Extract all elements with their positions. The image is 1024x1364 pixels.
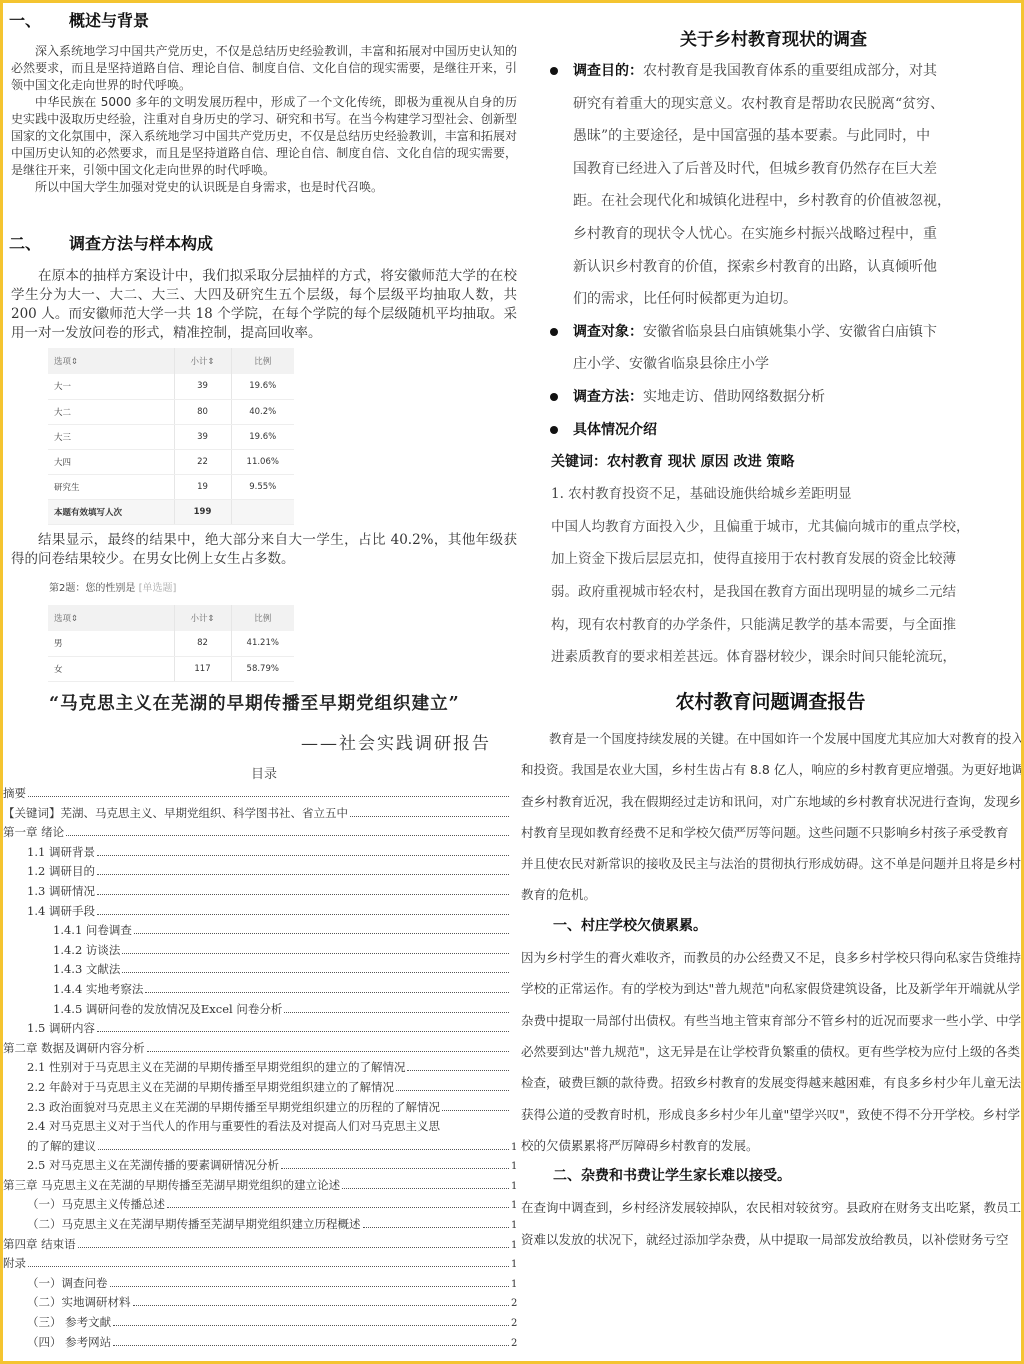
toc-label: 第二章 数据及调研内容分析 (3, 1040, 145, 1056)
toc-entry[interactable]: 2.2 年龄对于马克思主义在芜湖的早期传播至早期党组织建立的了解情况 (3, 1079, 517, 1099)
report-title: “马克思主义在芜湖的早期传播至早期党组织建立” (49, 690, 460, 715)
toc-entry[interactable]: 1.4.2 访谈法 (3, 942, 517, 962)
dot-leader (28, 796, 509, 797)
toc-label: 2.4 对马克思主义对于当代人的作用与重要性的看法及对提高人们对马克思主义思 (27, 1118, 440, 1134)
body-line: 在查询中调查到，乡村经济发展较掉队，农民相对较贫穷。县政府在财务支出吃紧，教员工 (521, 1192, 1024, 1223)
panel-party-history-survey: 一、 概述与背景 深入系统地学习中国共产党历史，不仅是总结历史经验教训，丰富和拓… (3, 3, 521, 687)
question-text: 第2题：您的性别是 (49, 583, 135, 594)
cell-option: 大一 (48, 374, 174, 399)
body-line: 进素质教育的要求相差甚远。体育器材较少，课余时间只能轮流玩， (523, 641, 1024, 674)
toc-label: 1.4.2 访谈法 (53, 942, 120, 958)
bullet-label: 调查目的： (573, 63, 643, 79)
report-subtitle: ——社会实践调研报告 (301, 729, 491, 754)
dot-leader (98, 1149, 509, 1150)
toc-entry[interactable]: 1.1 调研背景 (3, 844, 517, 864)
bullet-subjects: 调查对象：安徽省临泉县白庙镇姚集小学、安徽省白庙镇卞 庄小学、安徽省临泉县徐庄小… (523, 316, 1024, 381)
paragraph: 深入系统地学习中国共产党历史，不仅是总结历史经验教训，丰富和拓展对中国历史认知的… (11, 43, 517, 94)
toc-label: （一）调查问卷 (27, 1275, 108, 1291)
bullet-dot-icon (550, 328, 558, 336)
toc-entry[interactable]: （一）马克思主义传播总述1 (3, 1196, 517, 1216)
dot-leader (407, 1070, 509, 1071)
bullet-label: 调查对象： (573, 324, 643, 340)
dot-leader (134, 933, 509, 934)
cell-ratio: 41.21% (231, 631, 294, 656)
toc-entry[interactable]: 1.4.3 文献法 (3, 961, 517, 981)
toc-label: 附录 (3, 1255, 26, 1271)
cell-ratio: 11.06% (231, 449, 294, 474)
body-line: 构，现有农村教育的办学条件，只能满足教学的基本需要，与全面推 (523, 609, 1024, 642)
toc-label: 1.4.3 文献法 (53, 961, 120, 977)
dot-leader (97, 894, 509, 895)
toc-entry[interactable]: 1.2 调研目的 (3, 863, 517, 883)
table-row: 研究生199.55% (48, 474, 294, 499)
survey-bullets: 调查目的：农村教育是我国教育体系的重要组成部分，对其 研究有着重大的现实意义。农… (523, 55, 1024, 674)
section-number: 一、 (9, 8, 41, 31)
report-body: 教育是一个国度持续发展的关键。在中国如许一个发展中国度尤其应加大对教育的投入 和… (521, 723, 1024, 1255)
toc-label: 2.3 政治面貌对马克思主义在芜湖的早期传播至早期党组织建立的历程的了解情况 (27, 1099, 440, 1115)
total-value: 199 (174, 499, 231, 524)
dot-leader (113, 1345, 509, 1346)
bullet-purpose: 调查目的：农村教育是我国教育体系的重要组成部分，对其 研究有着重大的现实意义。农… (523, 55, 1024, 316)
toc-label: 第一章 绪论 (3, 824, 64, 840)
toc-entry[interactable]: 摘要 (3, 785, 517, 805)
bullet-dot-icon (550, 67, 558, 75)
toc-entry[interactable]: 2.3 政治面貌对马克思主义在芜湖的早期传播至早期党组织建立的历程的了解情况 (3, 1099, 517, 1119)
cell-ratio: 19.6% (231, 424, 294, 449)
toc-label: （四） 参考网站 (27, 1334, 111, 1350)
cell-option: 大四 (48, 449, 174, 474)
body-line: 并且使农民对新常识的接收及民主与法治的贯彻执行形成妨碍。这不单是问题并且将是乡村 (521, 848, 1024, 879)
table-row: 大一3919.6% (48, 374, 294, 399)
column-header-option[interactable]: 选项⇕ (48, 605, 174, 631)
toc-label: 【关键词】芜湖、马克思主义、早期党组织、科学图书社、省立五中 (3, 805, 348, 821)
keywords: 关键词：农村教育 现状 原因 改进 策略 (523, 446, 1024, 478)
cell-count: 39 (174, 424, 231, 449)
toc-entry[interactable]: （二）实地调研材料2 (3, 1294, 517, 1314)
column-header-count[interactable]: 小计⇕ (174, 605, 231, 631)
point-1-heading: 1. 农村教育投资不足，基础设施供给城乡差距明显 (523, 478, 1024, 511)
section-heading: 二、杂费和书费让学生家长难以接受。 (521, 1161, 1024, 1192)
bullet-line: 安徽省临泉县白庙镇姚集小学、安徽省白庙镇卞 (643, 324, 937, 340)
dot-leader (145, 992, 509, 993)
column-header-ratio: 比例 (231, 348, 294, 374)
bullet-line: 国教育已经进入了后普及时代，但城乡教育仍然存在巨大差 (573, 161, 937, 177)
toc-entry[interactable]: 第二章 数据及调研内容分析 (3, 1040, 517, 1060)
dot-leader (97, 914, 509, 915)
body-line: 教育是一个国度持续发展的关键。在中国如许一个发展中国度尤其应加大对教育的投入 (521, 723, 1024, 754)
section-heading: 一、村庄学校欠债累累。 (521, 911, 1024, 942)
grade-table: 选项⇕ 小计⇕ 比例 大一3919.6% 大二8040.2% 大三3919.6%… (48, 348, 294, 525)
body-line: 中国人均教育方面投入少，且偏重于城市，尤其偏向城市的重点学校， (523, 511, 1024, 544)
body-line: 资难以发放的状况下，就经过添加学杂费，从中提取一局部发放给教员，以补偿财务亏空 (521, 1224, 1024, 1255)
dot-leader (284, 1012, 509, 1013)
bullet-label: 调查方法： (573, 389, 643, 405)
cell-ratio: 40.2% (231, 399, 294, 424)
dot-leader (396, 1090, 509, 1091)
dot-leader (133, 1305, 510, 1306)
body-line: 杂费中提取一局部付出债权。有些当地主管束育部分不管乡村的近况而要求一些小学、中学 (521, 1005, 1024, 1036)
cell-count: 82 (174, 631, 231, 656)
column-header-count[interactable]: 小计⇕ (174, 348, 231, 374)
bullet-dot-icon (550, 393, 558, 401)
cell-option: 大二 (48, 399, 174, 424)
body-line: 加上资金下拨后层层克扣，使得直接用于农村教育发展的资金比较薄 (523, 543, 1024, 576)
toc-label: 1.4.4 实地考察法 (53, 981, 143, 997)
body-line: 校的欠债累累将严厉障碍乡村教育的发展。 (521, 1130, 1024, 1161)
section-heading-1: 一、 概述与背景 (9, 8, 149, 31)
cell-count: 117 (174, 656, 231, 681)
toc-label: 第三章 马克思主义在芜湖的早期传播至芜湖早期党组织的建立论述 (3, 1177, 340, 1193)
toc-label: （二）马克思主义在芜湖早期传播至芜湖早期党组织建立历程概述 (27, 1216, 361, 1232)
column-header-ratio: 比例 (231, 605, 294, 631)
dot-leader (442, 1110, 509, 1111)
table-row: 男8241.21% (48, 631, 294, 656)
toc-entry[interactable]: 附录1 (3, 1255, 517, 1275)
bullet-line: 实地走访、借助网络数据分析 (643, 389, 825, 405)
section-heading-2: 二、 调查方法与样本构成 (9, 231, 213, 254)
toc-entry[interactable]: 1.4.5 调研问卷的发放情况及Excel 问卷分析 (3, 1001, 517, 1021)
toc-label: 第四章 结束语 (3, 1236, 76, 1252)
dot-leader (350, 816, 509, 817)
bullet-line: 们的需求，比任何时候都更为迫切。 (573, 291, 797, 307)
bullet-method: 调查方法：实地走访、借助网络数据分析 (523, 381, 1024, 414)
bullet-label: 具体情况介绍 (573, 422, 657, 438)
table-row: 大三3919.6% (48, 424, 294, 449)
section-title: 调查方法与样本构成 (69, 231, 213, 254)
toc-entry[interactable]: （一）调查问卷1 (3, 1275, 517, 1295)
toc-label: 1.4 调研手段 (27, 903, 95, 919)
dot-leader (281, 1168, 509, 1169)
bullet-line: 研究有着重大的现实意义。农村教育是帮助农民脱离“贫穷、 (573, 96, 944, 112)
cell-option: 研究生 (48, 474, 174, 499)
toc-entry[interactable]: 1.3 调研情况 (3, 883, 517, 903)
cell-option: 男 (48, 631, 174, 656)
cell-ratio: 9.55% (231, 474, 294, 499)
dot-leader (342, 1188, 509, 1189)
toc-label: 2.5 对马克思主义在芜湖传播的要素调研情况分析 (27, 1157, 279, 1173)
sampling-paragraph: 在原本的抽样方案设计中，我们拟采取分层抽样的方式，将安徽师范大学的在校学生分为大… (11, 267, 517, 343)
body-line: 弱。政府重视城市轻农村，是我国在教育方面出现明显的城乡二元结 (523, 576, 1024, 609)
dot-leader (97, 874, 509, 875)
body-line: 查乡村教育近况，我在假期经过走访和讯问，对广东地域的乡村教育状况进行查询，发现乡 (521, 786, 1024, 817)
paragraph: 中华民族在 5000 多年的文明发展历程中，形成了一个文化传统，即极为重视从自身… (11, 94, 517, 179)
toc-entry[interactable]: 1.5 调研内容 (3, 1020, 517, 1040)
toc-entry[interactable]: 第一章 绪论 (3, 824, 517, 844)
toc-entry[interactable]: 1.4.1 问卷调查 (3, 922, 517, 942)
dot-leader (147, 1051, 509, 1052)
paragraph: 所以中国大学生加强对党史的认识既是自身需求，也是时代召唤。 (11, 179, 517, 196)
bullet-details: 具体情况介绍 (523, 414, 1024, 447)
bullet-dot-icon (550, 426, 558, 434)
toc-label: 1.3 调研情况 (27, 883, 95, 899)
toc-entry[interactable]: （二）马克思主义在芜湖早期传播至芜湖早期党组织建立历程概述1 (3, 1216, 517, 1236)
dot-leader (97, 855, 509, 856)
empty-cell (231, 499, 294, 524)
toc-label: 1.1 调研背景 (27, 844, 95, 860)
toc-label: 的了解的建议 (27, 1138, 96, 1154)
dot-leader (363, 1227, 510, 1228)
toc-entry[interactable]: 第四章 结束语1 (3, 1236, 517, 1256)
table-row: 大四2211.06% (48, 449, 294, 474)
document-title: 关于乡村教育现状的调查 (523, 25, 1024, 50)
panel-rural-education-survey: 关于乡村教育现状的调查 调查目的：农村教育是我国教育体系的重要组成部分，对其 研… (523, 3, 1024, 687)
toc-entry[interactable]: 2.5 对马克思主义在芜湖传播的要素调研情况分析1 (3, 1157, 517, 1177)
section-number: 二、 (9, 231, 41, 254)
panel-rural-education-report: 农村教育问题调查报告 教育是一个国度持续发展的关键。在中国如许一个发展中国度尤其… (517, 687, 1024, 1364)
table-total-row: 本题有效填写人次199 (48, 499, 294, 524)
toc-label: 1.5 调研内容 (27, 1020, 95, 1036)
toc-label: （三） 参考文献 (27, 1314, 111, 1330)
table-row: 大二8040.2% (48, 399, 294, 424)
body-line: 和投资。我国是农业大国，乡村生齿占有 8.8 亿人，响应的乡村教育更应增强。为更… (521, 754, 1024, 785)
dot-leader (122, 972, 509, 973)
toc-entry[interactable]: 2.4 对马克思主义对于当代人的作用与重要性的看法及对提高人们对马克思主义思 (3, 1118, 517, 1138)
bullet-line: 愚昧”的主要途径，是中国富强的基本要素。与此同时，中 (573, 128, 930, 144)
toc-label: 2.2 年龄对于马克思主义在芜湖的早期传播至早期党组织建立的了解情况 (27, 1079, 394, 1095)
section-title: 概述与背景 (69, 8, 149, 31)
body-line: 必然要到达"普九规范"，这无异是在让学校背负繁重的债权。更有些学校为应付上级的各… (521, 1036, 1024, 1067)
toc-label: （二）实地调研材料 (27, 1294, 131, 1310)
cell-count: 39 (174, 374, 231, 399)
body-line: 获得公道的受教育时机，形成良多乡村少年儿童"望学兴叹"，致使不得不分开学校。乡村… (521, 1099, 1024, 1130)
bullet-line: 距。在社会现代化和城镇化进程中，乡村教育的价值被忽视， (573, 193, 951, 209)
body-line: 教育的危机。 (521, 879, 1024, 910)
toc-entry[interactable]: （四） 参考网站2 (3, 1334, 517, 1354)
body-line: 村教育呈现如教育经费不足和学校欠债严厉等问题。这些问题不只影响乡村孩子承受教育 (521, 817, 1024, 848)
cell-count: 22 (174, 449, 231, 474)
bullet-line: 乡村教育的现状令人忧心。在实施乡村振兴战略过程中，重 (573, 226, 937, 242)
cell-option: 大三 (48, 424, 174, 449)
table-row: 女11758.79% (48, 656, 294, 681)
section1-body: 深入系统地学习中国共产党历史，不仅是总结历史经验教训，丰富和拓展对中国历史认知的… (11, 43, 517, 196)
toc-label: 2.1 性别对于马克思主义在芜湖的早期传播至早期党组织的建立的了解情况 (27, 1059, 405, 1075)
toc-label: 1.4.1 问卷调查 (53, 922, 132, 938)
bullet-line: 新认识乡村教育的价值，探索乡村教育的出路，认真倾听他 (573, 259, 937, 275)
panel-marxism-wuhu-report: “马克思主义在芜湖的早期传播至早期党组织建立” ——社会实践调研报告 目录 摘要… (3, 687, 517, 1364)
toc-entry[interactable]: 2.1 性别对于马克思主义在芜湖的早期传播至早期党组织的建立的了解情况 (3, 1059, 517, 1079)
cell-ratio: 58.79% (231, 656, 294, 681)
dot-leader (66, 835, 509, 836)
cell-option: 女 (48, 656, 174, 681)
dot-leader (110, 1286, 510, 1287)
bullet-line: 庄小学、安徽省临泉县徐庄小学 (573, 356, 769, 372)
toc-entry[interactable]: 第三章 马克思主义在芜湖的早期传播至芜湖早期党组织的建立论述1 (3, 1177, 517, 1197)
question-2-title: 第2题：您的性别是 [单选题] (49, 579, 176, 594)
dot-leader (167, 1207, 509, 1208)
toc-entry[interactable]: 1.4 调研手段 (3, 903, 517, 923)
dot-leader (28, 1266, 509, 1267)
toc-entry[interactable]: （三） 参考文献2 (3, 1314, 517, 1334)
toc-entry[interactable]: 【关键词】芜湖、马克思主义、早期党组织、科学图书社、省立五中 (3, 805, 517, 825)
toc-label: （一）马克思主义传播总述 (27, 1196, 165, 1212)
cell-count: 19 (174, 474, 231, 499)
dot-leader (122, 953, 509, 954)
table-of-contents: 摘要 【关键词】芜湖、马克思主义、早期党组织、科学图书社、省立五中 第一章 绪论… (3, 785, 517, 1353)
report-title: 农村教育问题调查报告 (517, 687, 1024, 714)
toc-heading: 目录 (251, 763, 277, 782)
result-paragraph: 结果显示，最终的结果中，绝大部分来自大一学生，占比 40.2%，其他年级获得的问… (11, 531, 517, 569)
toc-entry[interactable]: 1.4.4 实地考察法 (3, 981, 517, 1001)
toc-label: 1.4.5 调研问卷的发放情况及Excel 问卷分析 (53, 1001, 282, 1017)
cell-count: 80 (174, 399, 231, 424)
bullet-line: 农村教育是我国教育体系的重要组成部分，对其 (643, 63, 937, 79)
column-header-option[interactable]: 选项⇕ (48, 348, 174, 374)
total-label: 本题有效填写人次 (48, 499, 174, 524)
cell-ratio: 19.6% (231, 374, 294, 399)
toc-entry[interactable]: 的了解的建议1 (3, 1138, 517, 1158)
dot-leader (78, 1247, 509, 1248)
body-line: 学校的正常运作。有的学校为到达"普九规范"向私家假贷建筑设备，比及新学年开端就从… (521, 973, 1024, 1004)
gender-table: 选项⇕ 小计⇕ 比例 男8241.21% 女11758.79% (48, 605, 294, 682)
toc-label: 1.2 调研目的 (27, 863, 95, 879)
body-line: 检查，破费巨额的款待费。招致乡村教育的发展变得越来越困难，有良多乡村少年儿童无法 (521, 1067, 1024, 1098)
toc-label: 摘要 (3, 785, 26, 801)
dot-leader (113, 1325, 509, 1326)
body-line: 因为乡村学生的膏火难收齐，而教员的办公经费又不足，良多乡村学校只得向私家告贷维持 (521, 942, 1024, 973)
dot-leader (97, 1031, 509, 1032)
question-type-tag: [单选题] (139, 583, 177, 594)
